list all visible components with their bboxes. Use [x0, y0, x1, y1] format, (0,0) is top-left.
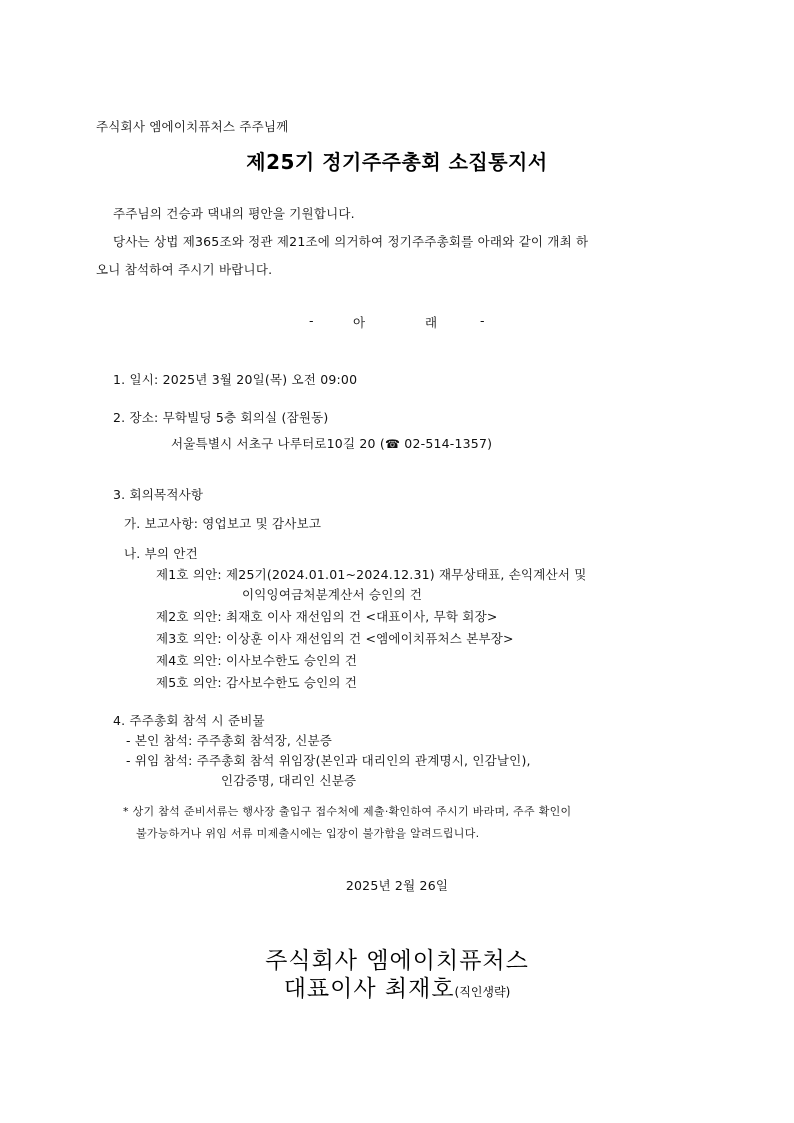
- prep-self: - 본인 참석: 주주총회 참석장, 신분증: [126, 731, 332, 749]
- agenda-item-4: 제4호 의안: 이사보수한도 승인의 건: [156, 651, 357, 669]
- intro-line-3: 오니 참석하여 주시기 바랍니다.: [96, 260, 272, 278]
- issue-date: 2025년 2월 26일: [0, 876, 794, 894]
- note-line-1: * 상기 참석 준비서류는 행사장 출입구 접수처에 제출·확인하여 주시기 바…: [123, 803, 572, 819]
- item-address: 서울특별시 서초구 나루터로10길 20 (☎ 02-514-1357): [171, 434, 492, 452]
- ceo-name: 대표이사 최재호: [284, 976, 455, 1002]
- note-line-2: 불가능하거나 위임 서류 미제출시에는 입장이 불가함을 알려드립니다.: [136, 825, 479, 841]
- below-char-2: 래: [425, 313, 437, 331]
- report-items: 가. 보고사항: 영업보고 및 감사보고: [124, 514, 321, 532]
- below-char-1: 아: [353, 313, 365, 331]
- agenda-item-2: 제2호 의안: 최재호 이사 재선임의 건 <대표이사, 무학 회장>: [156, 607, 498, 625]
- recipient-greeting: 주식회사 엠에이치퓨처스 주주님께: [96, 117, 288, 135]
- address-text: 서울특별시 서초구 나루터로10길 20 (: [171, 436, 385, 451]
- item-datetime: 1. 일시: 2025년 3월 20일(목) 오전 09:00: [113, 370, 357, 388]
- prep-heading: 4. 주주총회 참석 시 준비물: [113, 711, 265, 729]
- seal-omitted-note: (직인생략): [455, 985, 511, 999]
- agenda-item-1: 제1호 의안: 제25기(2024.01.01~2024.12.31) 재무상태…: [156, 565, 587, 583]
- resolution-heading: 나. 부의 안건: [124, 544, 198, 562]
- phone-number: 02-514-1357): [400, 436, 492, 451]
- intro-line-2: 당사는 상법 제365조와 정관 제21조에 의거하여 정기주주총회를 아래와 …: [113, 232, 588, 250]
- item-place: 2. 장소: 무학빌딩 5층 회의실 (잠원동): [113, 408, 329, 426]
- signature-ceo: 대표이사 최재호(직인생략): [0, 970, 794, 1003]
- agenda-item-3: 제3호 의안: 이상훈 이사 재선임의 건 <엠에이치퓨처스 본부장>: [156, 629, 514, 647]
- prep-proxy-cont: 인감증명, 대리인 신분증: [221, 771, 356, 789]
- prep-proxy: - 위임 참석: 주주총회 참석 위임장(본인과 대리인의 관계명시, 인감날인…: [126, 751, 531, 769]
- agenda-item-5: 제5호 의안: 감사보수한도 승인의 건: [156, 673, 357, 691]
- dash-right: -: [480, 313, 485, 328]
- document-title: 제25기 정기주주총회 소집통지서: [0, 146, 794, 175]
- agenda-heading: 3. 회의목적사항: [113, 485, 203, 503]
- agenda-item-1-cont: 이익잉여금처분계산서 승인의 건: [242, 585, 422, 603]
- phone-icon: ☎: [385, 437, 400, 451]
- dash-left: -: [309, 313, 314, 328]
- intro-line-1: 주주님의 건승과 댁내의 평안을 기원합니다.: [113, 204, 355, 222]
